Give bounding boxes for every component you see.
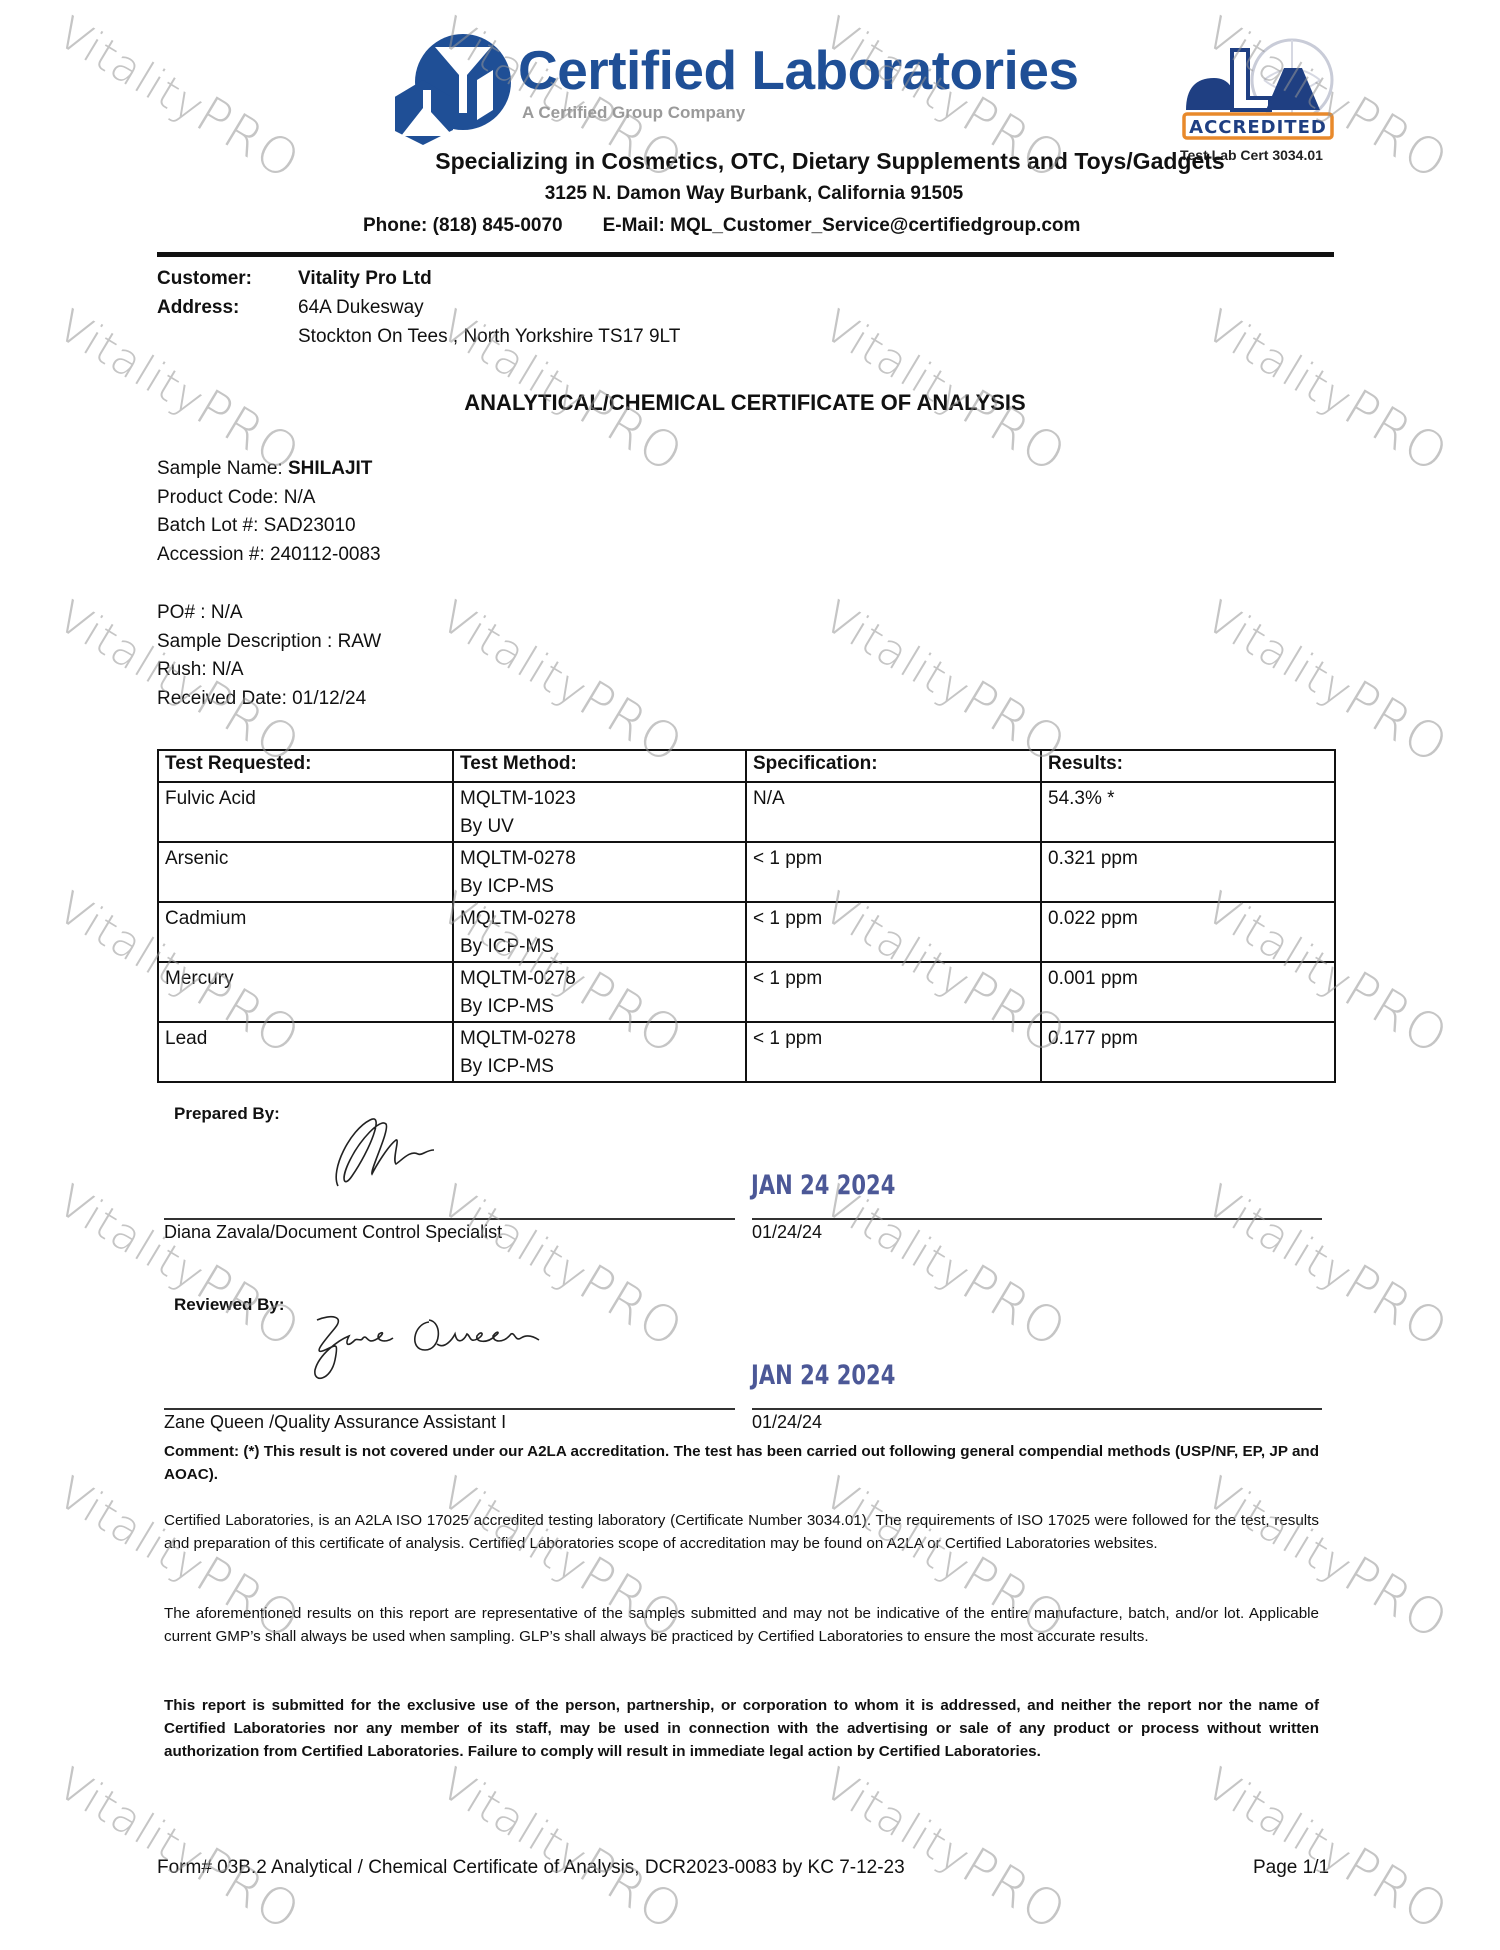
sample-name: Sample Name: SHILAJIT — [157, 458, 372, 480]
test-requested-cell: Mercury — [158, 962, 453, 1022]
address-label: Address: — [157, 297, 239, 319]
form-reference: Form# 03B.2 Analytical / Chemical Certif… — [157, 1857, 905, 1879]
method-code: MQLTM-0278 — [460, 965, 739, 993]
test-method-cell: MQLTM-1023By UV — [453, 782, 746, 842]
table-row: Fulvic AcidMQLTM-1023By UVN/A54.3% * — [158, 782, 1335, 842]
comment-note: Comment: (*) This result is not covered … — [164, 1440, 1319, 1486]
customer-address-line1: 64A Dukesway — [298, 297, 424, 319]
page-number: Page 1/1 — [1253, 1857, 1329, 1879]
prepared-signature-icon — [330, 1110, 460, 1190]
watermark: VitalityPRO — [48, 1753, 311, 1943]
brand-subtitle: A Certified Group Company — [522, 103, 745, 123]
result-cell: 0.321 ppm — [1041, 842, 1335, 902]
method-technique: By UV — [460, 813, 739, 841]
watermark: VitalityPRO — [1196, 1170, 1459, 1360]
prepared-by-label: Prepared By: — [174, 1104, 280, 1124]
method-technique: By ICP-MS — [460, 873, 739, 901]
prepared-date: 01/24/24 — [752, 1222, 822, 1243]
prepared-by-name: Diana Zavala/Document Control Specialist — [164, 1222, 502, 1243]
rush: Rush: N/A — [157, 659, 244, 681]
exclusive-use-note: This report is submitted for the exclusi… — [164, 1694, 1319, 1763]
test-requested-cell: Cadmium — [158, 902, 453, 962]
accreditation-note: Certified Laboratories, is an A2LA ISO 1… — [164, 1509, 1319, 1555]
test-method-cell: MQLTM-0278By ICP-MS — [453, 842, 746, 902]
result-cell: 0.022 ppm — [1041, 902, 1335, 962]
prepared-signature-line — [164, 1218, 735, 1220]
representative-results-note: The aforementioned results on this repor… — [164, 1602, 1319, 1648]
specification-cell: < 1 ppm — [746, 1022, 1041, 1082]
result-cell: 0.177 ppm — [1041, 1022, 1335, 1082]
col-test-requested: Test Requested: — [158, 750, 453, 782]
po-number: PO# : N/A — [157, 602, 243, 624]
method-code: MQLTM-1023 — [460, 785, 739, 813]
lab-tagline: Specializing in Cosmetics, OTC, Dietary … — [0, 148, 1500, 175]
table-row: CadmiumMQLTM-0278By ICP-MS< 1 ppm0.022 p… — [158, 902, 1335, 962]
lab-phone: Phone: (818) 845-0070 — [363, 215, 563, 236]
reviewed-date: 01/24/24 — [752, 1412, 822, 1433]
product-code: Product Code: N/A — [157, 487, 315, 509]
watermark: VitalityPRO — [48, 1170, 311, 1360]
test-requested-cell: Lead — [158, 1022, 453, 1082]
test-requested-cell: Fulvic Acid — [158, 782, 453, 842]
specification-cell: < 1 ppm — [746, 842, 1041, 902]
lab-contact: Phone: (818) 845-0070E-Mail: MQL_Custome… — [363, 215, 1080, 237]
reviewed-date-stamp: JAN 24 2024 — [751, 1360, 895, 1391]
result-cell: 54.3% * — [1041, 782, 1335, 842]
test-method-cell: MQLTM-0278By ICP-MS — [453, 962, 746, 1022]
prepared-date-stamp: JAN 24 2024 — [751, 1170, 895, 1201]
col-results: Results: — [1041, 750, 1335, 782]
test-method-cell: MQLTM-0278By ICP-MS — [453, 1022, 746, 1082]
method-technique: By ICP-MS — [460, 993, 739, 1021]
lab-address: 3125 N. Damon Way Burbank, California 91… — [0, 183, 1500, 205]
watermark: VitalityPRO — [431, 1753, 694, 1943]
method-code: MQLTM-0278 — [460, 845, 739, 873]
customer-address-line2: Stockton On Tees , North Yorkshire TS17 … — [298, 326, 680, 348]
batch-lot: Batch Lot #: SAD23010 — [157, 515, 356, 537]
method-code: MQLTM-0278 — [460, 1025, 739, 1053]
watermark: VitalityPRO — [1196, 586, 1459, 776]
col-specification: Specification: — [746, 750, 1041, 782]
svg-text:ACCREDITED: ACCREDITED — [1189, 117, 1327, 138]
reviewed-date-line — [752, 1408, 1322, 1410]
customer-label: Customer: — [157, 268, 252, 290]
reviewed-by-label: Reviewed By: — [174, 1295, 285, 1315]
table-row: MercuryMQLTM-0278By ICP-MS< 1 ppm0.001 p… — [158, 962, 1335, 1022]
specification-cell: < 1 ppm — [746, 962, 1041, 1022]
prepared-date-line — [752, 1218, 1322, 1220]
method-technique: By ICP-MS — [460, 1053, 739, 1081]
reviewed-by-name: Zane Queen /Quality Assurance Assistant … — [164, 1412, 506, 1433]
lab-email: E-Mail: MQL_Customer_Service@certifiedgr… — [603, 215, 1081, 236]
reviewed-signature-icon — [305, 1310, 545, 1385]
received-date: Received Date: 01/12/24 — [157, 688, 366, 710]
certificate-title: ANALYTICAL/CHEMICAL CERTIFICATE OF ANALY… — [0, 390, 1500, 416]
test-method-cell: MQLTM-0278By ICP-MS — [453, 902, 746, 962]
table-header-row: Test Requested: Test Method: Specificati… — [158, 750, 1335, 782]
brand-name: Certified Laboratories — [518, 38, 1079, 102]
table-row: LeadMQLTM-0278By ICP-MS< 1 ppm0.177 ppm — [158, 1022, 1335, 1082]
accession-number: Accession #: 240112-0083 — [157, 544, 381, 566]
results-table: Test Requested: Test Method: Specificati… — [157, 749, 1336, 1083]
method-code: MQLTM-0278 — [460, 905, 739, 933]
col-test-method: Test Method: — [453, 750, 746, 782]
reviewed-signature-line — [164, 1408, 735, 1410]
test-requested-cell: Arsenic — [158, 842, 453, 902]
specification-cell: N/A — [746, 782, 1041, 842]
watermark: VitalityPRO — [431, 586, 694, 776]
table-row: ArsenicMQLTM-0278By ICP-MS< 1 ppm0.321 p… — [158, 842, 1335, 902]
certified-labs-logo-icon — [395, 30, 515, 145]
sample-description: Sample Description : RAW — [157, 631, 381, 653]
a2la-accredited-logo-icon: a ACCREDITED — [1180, 38, 1340, 158]
specification-cell: < 1 ppm — [746, 902, 1041, 962]
watermark: VitalityPRO — [1196, 1753, 1459, 1943]
watermark: VitalityPRO — [814, 586, 1077, 776]
watermark: VitalityPRO — [814, 1753, 1077, 1943]
result-cell: 0.001 ppm — [1041, 962, 1335, 1022]
header-divider — [157, 252, 1334, 257]
method-technique: By ICP-MS — [460, 933, 739, 961]
customer-name: Vitality Pro Ltd — [298, 268, 432, 290]
